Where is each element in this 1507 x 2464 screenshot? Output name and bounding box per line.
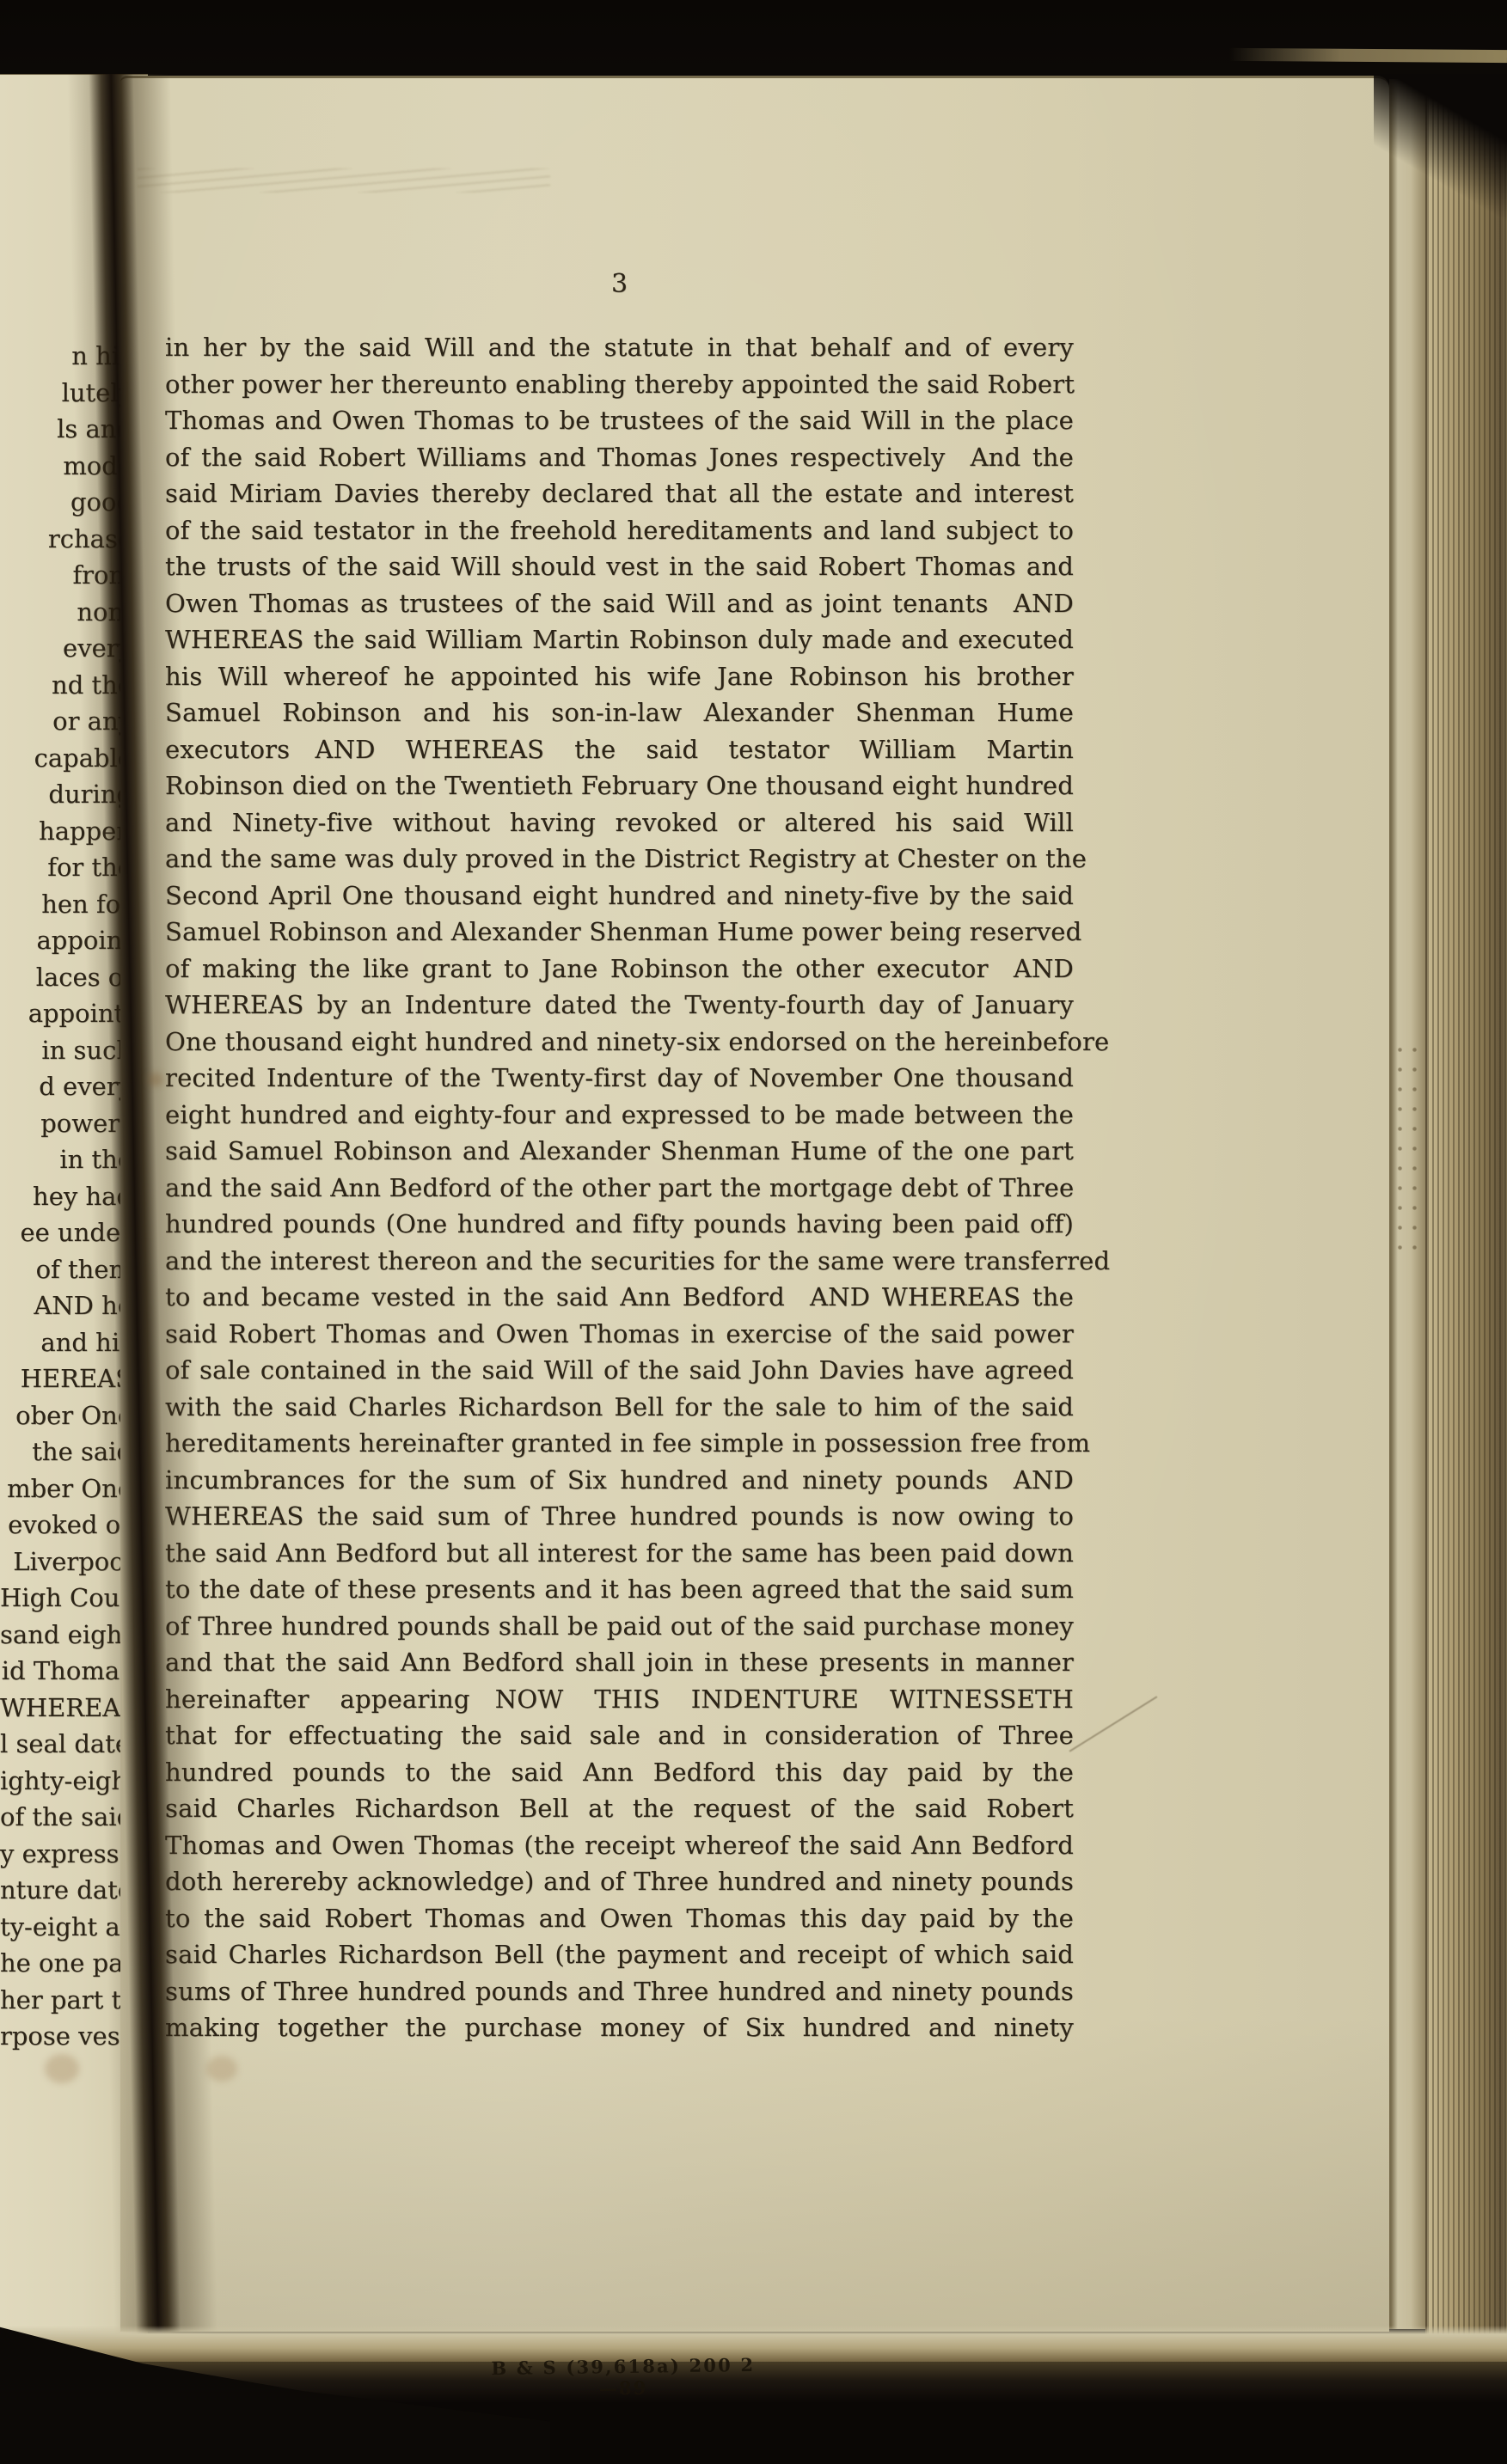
text-line: Robinson died on the Twentieth February … bbox=[165, 767, 1074, 804]
text-line: of the said testator in the freehold her… bbox=[165, 512, 1074, 549]
text-line: his Will whereof he appointed his wife J… bbox=[165, 658, 1074, 695]
text-line: sums of Three hundred pounds and Three h… bbox=[165, 1973, 1074, 2010]
text-line: Second April One thousand eight hundred … bbox=[165, 877, 1074, 914]
text-line: Owen Thomas as trustees of the said Will… bbox=[165, 585, 1074, 622]
book-photo: n his lutely ls and mode good rchase fro… bbox=[0, 0, 1507, 2464]
photo-background-top bbox=[0, 0, 1507, 74]
text-line: Thomas and Owen Thomas (the receipt wher… bbox=[165, 1827, 1074, 1864]
right-page: 3 in her by the said Will and the statut… bbox=[120, 76, 1389, 2332]
top-right-shadow bbox=[1374, 65, 1507, 242]
text-line: incumbrances for the sum of Six hundred … bbox=[165, 1462, 1074, 1499]
text-line: that for effectuating the said sale and … bbox=[165, 1717, 1074, 1754]
text-line: with the said Charles Richardson Bell fo… bbox=[165, 1389, 1074, 1426]
text-line: in her by the said Will and the statute … bbox=[165, 329, 1074, 366]
text-line: and the same was duly proved in the Dist… bbox=[165, 841, 1074, 877]
text-line: recited Indenture of the Twenty-first da… bbox=[165, 1060, 1074, 1097]
document-text: in her by the said Will and the statute … bbox=[165, 329, 1074, 2046]
text-line: and that the said Ann Bedford shall join… bbox=[165, 1644, 1074, 1681]
text-line: the trusts of the said Will should vest … bbox=[165, 548, 1074, 585]
paper-stain bbox=[45, 2054, 79, 2083]
paper-stain bbox=[148, 1073, 163, 1086]
text-line: and Ninety-five without having revoked o… bbox=[165, 804, 1074, 841]
text-line: said Charles Richardson Bell (the paymen… bbox=[165, 1936, 1074, 1973]
text-line: Samuel Robinson and Alexander Shenman Hu… bbox=[165, 914, 1074, 951]
printer-mark: B & S (39,618a) 200 2—89 bbox=[481, 2354, 766, 2401]
text-line: to the said Robert Thomas and Owen Thoma… bbox=[165, 1900, 1074, 1937]
text-line: eight hundred and eighty-four and expres… bbox=[165, 1097, 1074, 1134]
cover-edge-highlight bbox=[1229, 48, 1507, 63]
page-stack-edges bbox=[1425, 65, 1507, 2400]
text-line: One thousand eight hundred and ninety-si… bbox=[165, 1024, 1074, 1061]
text-line: of Three hundred pounds shall be paid ou… bbox=[165, 1608, 1074, 1645]
paper-stain bbox=[206, 2056, 237, 2082]
text-line: other power her thereunto enabling there… bbox=[165, 366, 1074, 403]
text-line: WHEREAS the said William Martin Robinson… bbox=[165, 621, 1074, 658]
text-line: Thomas and Owen Thomas to be trustees of… bbox=[165, 402, 1074, 439]
text-line: of sale contained in the said Will of th… bbox=[165, 1352, 1074, 1389]
text-line: to the date of these presents and it has… bbox=[165, 1571, 1074, 1608]
text-line: and the said Ann Bedford of the other pa… bbox=[165, 1170, 1074, 1207]
text-line: said Robert Thomas and Owen Thomas in ex… bbox=[165, 1316, 1074, 1353]
binding-holes bbox=[1393, 1040, 1418, 1255]
text-line: hereditaments hereinafter granted in fee… bbox=[165, 1425, 1074, 1462]
text-line: of the said Robert Williams and Thomas J… bbox=[165, 439, 1074, 476]
text-line: said Charles Richardson Bell at the requ… bbox=[165, 1790, 1074, 1827]
text-line: and the interest thereon and the securit… bbox=[165, 1243, 1074, 1280]
page-number: 3 bbox=[165, 269, 1074, 299]
text-line: WHEREAS by an Indenture dated the Twenty… bbox=[165, 987, 1074, 1024]
text-line: hundred pounds (One hundred and fifty po… bbox=[165, 1206, 1074, 1243]
text-line: Samuel Robinson and his son-in-law Alexa… bbox=[165, 694, 1074, 731]
text-line: WHEREAS the said sum of Three hundred po… bbox=[165, 1498, 1074, 1535]
text-line: to and became vested in the said Ann Bed… bbox=[165, 1279, 1074, 1316]
text-line: hundred pounds to the said Ann Bedford t… bbox=[165, 1754, 1074, 1791]
text-line: said Miriam Davies thereby declared that… bbox=[165, 475, 1074, 512]
text-line: of making the like grant to Jane Robinso… bbox=[165, 951, 1074, 987]
pencil-smudge bbox=[138, 168, 550, 193]
text-line: hereinafter appearing NOW THIS INDENTURE… bbox=[165, 1681, 1074, 1718]
text-line: executors AND WHEREAS the said testator … bbox=[165, 731, 1074, 768]
text-line: said Samuel Robinson and Alexander Shenm… bbox=[165, 1133, 1074, 1170]
text-line: making together the purchase money of Si… bbox=[165, 2009, 1074, 2046]
text-line: the said Ann Bedford but all interest fo… bbox=[165, 1535, 1074, 1572]
text-line: doth herereby acknowledge) and of Three … bbox=[165, 1863, 1074, 1900]
